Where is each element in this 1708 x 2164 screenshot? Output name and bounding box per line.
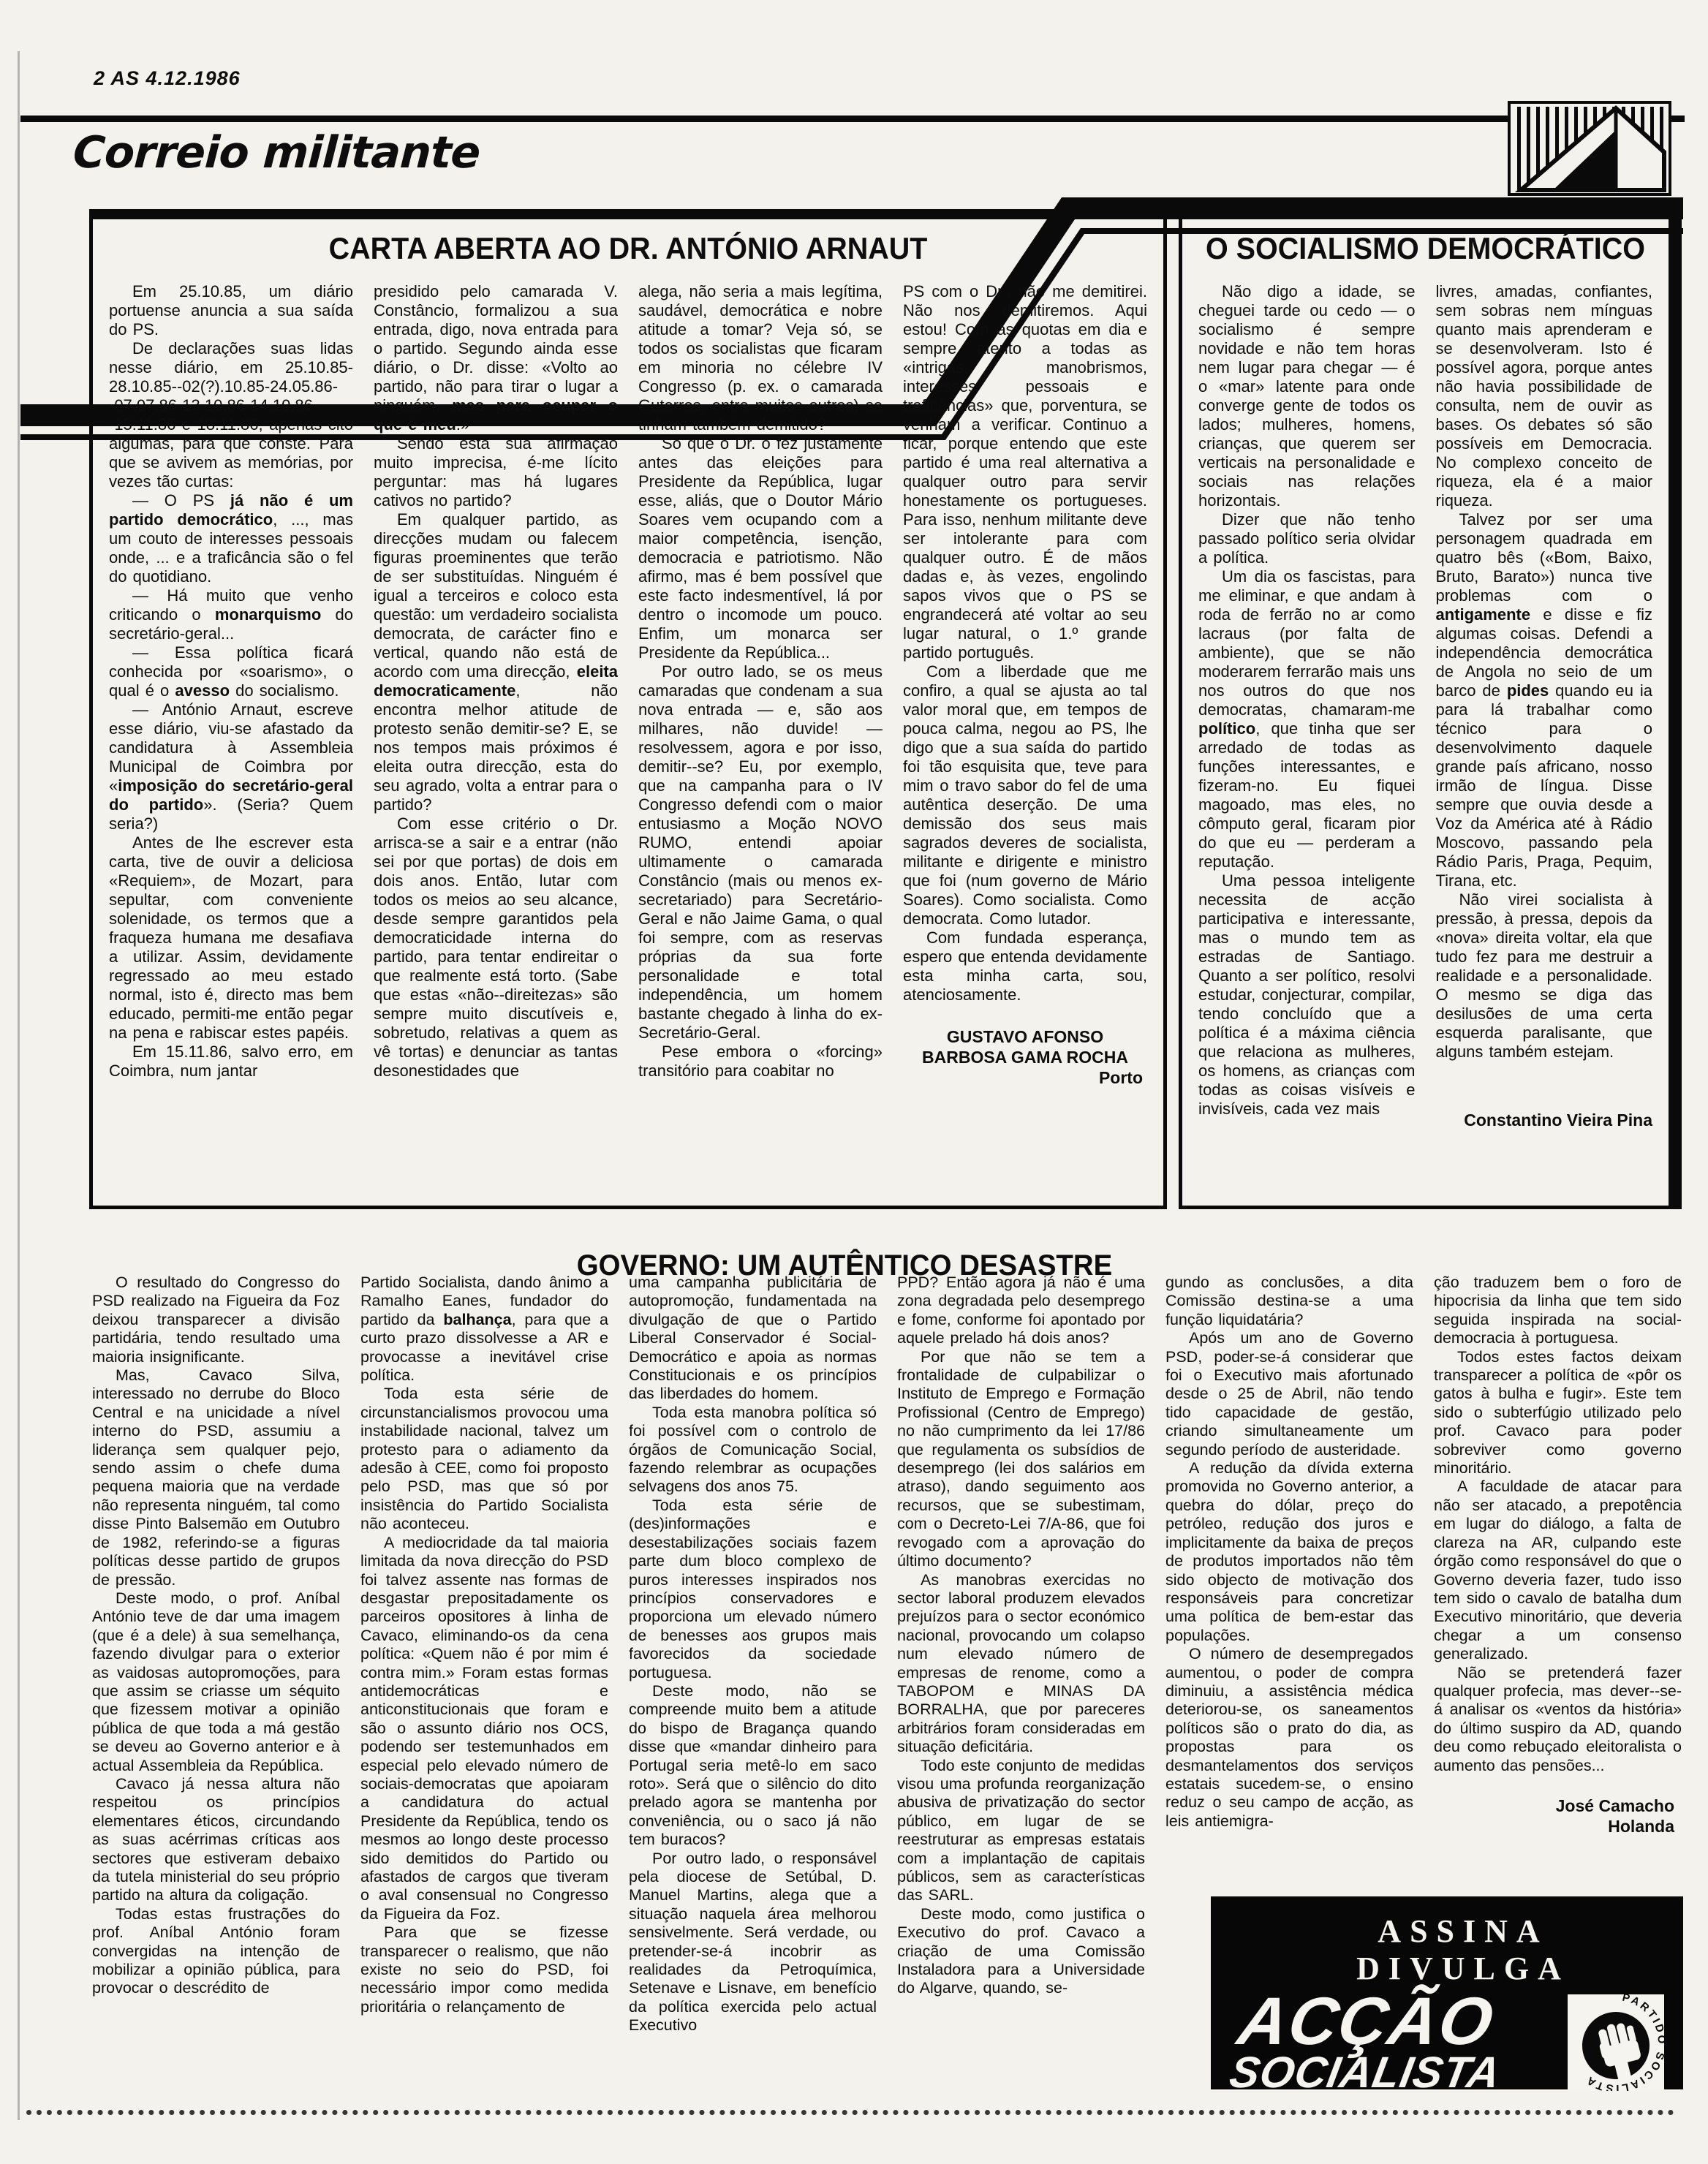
article-column: alega, não seria a mais legítima, saudáv… bbox=[638, 282, 883, 1199]
ad-title: ACÇÃO SOCIALISTA bbox=[1226, 1990, 1572, 2095]
ad-title-line2: SOCIALISTA bbox=[1226, 2051, 1562, 2095]
paragraph: Dizer que não tenho passado político ser… bbox=[1198, 510, 1416, 567]
paragraph: livres, amadas, confiantes, sem sobras n… bbox=[1436, 282, 1653, 510]
column-text: ção traduzem bem o foro de hipocrisia da… bbox=[1434, 1274, 1682, 1775]
column-text: presidido pelo camarada V. Constâncio, f… bbox=[374, 282, 618, 1081]
paragraph: Todo este conjunto de medidas visou uma … bbox=[897, 1757, 1145, 1905]
tear-line bbox=[26, 2110, 1674, 2115]
column-text: Em 25.10.85, um diário portuense anuncia… bbox=[109, 282, 353, 1081]
paragraph: O número de desempregados aumentou, o po… bbox=[1165, 1645, 1413, 1831]
signature: Constantino Vieira Pina bbox=[1436, 1110, 1653, 1130]
signature-name: Constantino Vieira Pina bbox=[1436, 1110, 1653, 1130]
paragraph: Para que se fizesse transparecer o reali… bbox=[360, 1923, 608, 2016]
paragraph: Partido Socialista, dando ânimo a Ramalh… bbox=[360, 1274, 608, 1385]
paragraph: alega, não seria a mais legítima, saudáv… bbox=[638, 282, 883, 434]
paragraph: Mas, Cavaco Silva, interessado no derrub… bbox=[92, 1366, 340, 1589]
ad-title-line1: ACÇÃO bbox=[1233, 1990, 1572, 2054]
paragraph: Em 15.11.86, salvo erro, em Coimbra, num… bbox=[109, 1043, 353, 1081]
paragraph: Por outro lado, o responsável pela dioce… bbox=[629, 1850, 877, 2035]
paragraph: PPD? Então agora já não é uma zona degra… bbox=[897, 1274, 1145, 1348]
article-carta-aberta: CARTA ABERTA AO DR. ANTÓNIO ARNAUT Em 25… bbox=[89, 209, 1167, 1209]
paragraph: presidido pelo camarada V. Constâncio, f… bbox=[374, 282, 618, 434]
article-column: PPD? Então agora já não é uma zona degra… bbox=[897, 1274, 1145, 2146]
socialismo-headline: O SOCIALISMO DEMOCRÁTICO bbox=[1203, 231, 1647, 266]
signature-name: José Camacho bbox=[1434, 1796, 1674, 1816]
paragraph: Deste modo, não se compreende muito bem … bbox=[629, 1682, 877, 1850]
article-column: Em 25.10.85, um diário portuense anuncia… bbox=[109, 282, 353, 1199]
signature-name: GUSTAVO AFONSO BARBOSA GAMA ROCHA bbox=[903, 1026, 1147, 1067]
paragraph: Antes de lhe escrever esta carta, tive d… bbox=[109, 833, 353, 1043]
paragraph: Só que o Dr. o fez justamente antes das … bbox=[638, 434, 883, 662]
paragraph: Talvez por ser uma personagem quadrada e… bbox=[1436, 510, 1653, 890]
paragraph: A faculdade de atacar para não ser ataca… bbox=[1434, 1478, 1682, 1663]
newspaper-page: 2 AS 4.12.1986 Correio militante CARTA A… bbox=[0, 0, 1708, 2164]
paragraph: Toda esta série de circunstancialismos p… bbox=[360, 1385, 608, 1533]
paragraph: Com a liberdade que me confiro, a qual s… bbox=[903, 662, 1147, 928]
paragraph: — O PS já não é um partido democrático, … bbox=[109, 491, 353, 586]
paragraph: Por que não se tem a frontalidade de cul… bbox=[897, 1348, 1145, 1571]
article-socialismo-democratico: O SOCIALISMO DEMOCRÁTICO Não digo a idad… bbox=[1179, 209, 1682, 1209]
article-column: livres, amadas, confiantes, sem sobras n… bbox=[1436, 282, 1653, 1199]
paragraph: — António Arnaut, escreve esse diário, v… bbox=[109, 700, 353, 833]
column-text: uma campanha publicitária de autopromoçã… bbox=[629, 1274, 877, 2035]
column-text: PS com o Dr., não me demitirei. Não nos … bbox=[903, 282, 1147, 1005]
article-column: O resultado do Congresso do PSD realizad… bbox=[92, 1274, 340, 2146]
article-column: uma campanha publicitária de autopromoçã… bbox=[629, 1274, 877, 2146]
paragraph: Uma pessoa inteligente necessita de acçã… bbox=[1198, 871, 1416, 1119]
paragraph: Por outro lado, se os meus camaradas que… bbox=[638, 662, 883, 1043]
masthead-title: Correio militante bbox=[72, 129, 481, 177]
masthead-logo-icon bbox=[1508, 101, 1671, 196]
ad-kicker: ASSINA DIVULGA bbox=[1236, 1913, 1664, 1987]
paragraph: Toda esta manobra política só foi possív… bbox=[629, 1404, 877, 1497]
column-text: Partido Socialista, dando ânimo a Ramalh… bbox=[360, 1274, 608, 2016]
paragraph: O resultado do Congresso do PSD realizad… bbox=[92, 1274, 340, 1366]
carta-columns: Em 25.10.85, um diário portuense anuncia… bbox=[93, 270, 1163, 1199]
paragraph: Pese embora o «forcing» transitório para… bbox=[638, 1043, 883, 1081]
paragraph: Toda esta série de (des)informações e de… bbox=[629, 1497, 877, 1682]
paragraph: uma campanha publicitária de autopromoçã… bbox=[629, 1274, 877, 1404]
signature: GUSTAVO AFONSO BARBOSA GAMA ROCHA Porto bbox=[903, 1026, 1147, 1088]
column-text: livres, amadas, confiantes, sem sobras n… bbox=[1436, 282, 1653, 1062]
accao-socialista-ad: ASSINA DIVULGA ACÇÃO SOCIALISTA PARTIDO … bbox=[1211, 1896, 1683, 2089]
paragraph: Todos estes factos deixam transparecer a… bbox=[1434, 1348, 1682, 1478]
carta-headline: CARTA ABERTA AO DR. ANTÓNIO ARNAUT bbox=[132, 231, 1124, 266]
paragraph: — Há muito que venho criticando o monarq… bbox=[109, 586, 353, 643]
paragraph: Após um ano de Governo PSD, poder-se-á c… bbox=[1165, 1329, 1413, 1459]
socialismo-columns: Não digo a idade, se cheguei tarde ou ce… bbox=[1182, 270, 1669, 1199]
column-text: gundo as conclusões, a dita Comissão des… bbox=[1165, 1274, 1413, 1831]
paragraph: PS com o Dr., não me demitirei. Não nos … bbox=[903, 282, 1147, 662]
column-text: alega, não seria a mais legítima, saudáv… bbox=[638, 282, 883, 1081]
paragraph: A redução da dívida externa promovida no… bbox=[1165, 1459, 1413, 1645]
paragraph: Deste modo, o prof. Aníbal António teve … bbox=[92, 1589, 340, 1775]
paragraph: — Essa política ficará conhecida por «so… bbox=[109, 643, 353, 700]
paragraph: Cavaco já nessa altura não respeitou os … bbox=[92, 1775, 340, 1905]
column-text: PPD? Então agora já não é uma zona degra… bbox=[897, 1274, 1145, 1998]
paragraph: De declarações suas lidas nesse diário, … bbox=[109, 339, 353, 491]
article-column: presidido pelo camarada V. Constâncio, f… bbox=[374, 282, 618, 1199]
column-text: O resultado do Congresso do PSD realizad… bbox=[92, 1274, 340, 1998]
paragraph: Deste modo, como justifica o Executivo d… bbox=[897, 1905, 1145, 1998]
paragraph: As manobras exercidas no sector laboral … bbox=[897, 1571, 1145, 1757]
article-column: Não digo a idade, se cheguei tarde ou ce… bbox=[1198, 282, 1416, 1199]
paragraph: A mediocridade da tal maioria limitada d… bbox=[360, 1534, 608, 1924]
paragraph: Não se pretenderá fazer qualquer profeci… bbox=[1434, 1664, 1682, 1775]
socialist-fist-logo-icon: PARTIDO SOCIALISTA bbox=[1568, 1994, 1664, 2091]
signature-place: Holanda bbox=[1434, 1816, 1674, 1836]
paragraph: Com fundada esperança, espero que entend… bbox=[903, 928, 1147, 1005]
paragraph: ção traduzem bem o foro de hipocrisia da… bbox=[1434, 1274, 1682, 1348]
signature-place: Porto bbox=[903, 1067, 1147, 1088]
article-column: PS com o Dr., não me demitirei. Não nos … bbox=[903, 282, 1147, 1199]
signature: José Camacho Holanda bbox=[1434, 1796, 1682, 1836]
paragraph: Em 25.10.85, um diário portuense anuncia… bbox=[109, 282, 353, 339]
article-column: Partido Socialista, dando ânimo a Ramalh… bbox=[360, 1274, 608, 2146]
paragraph: Com esse critério o Dr. arrisca-se a sai… bbox=[374, 814, 618, 1081]
paragraph: Sendo esta sua afirmação muito imprecisa… bbox=[374, 434, 618, 510]
paragraph: Todas estas frustrações do prof. Aníbal … bbox=[92, 1905, 340, 1998]
paragraph: Um dia os fascistas, para me eliminar, e… bbox=[1198, 567, 1416, 871]
paragraph: Não digo a idade, se cheguei tarde ou ce… bbox=[1198, 282, 1416, 510]
paragraph: Em qualquer partido, as direcções mudam … bbox=[374, 510, 618, 814]
paragraph: gundo as conclusões, a dita Comissão des… bbox=[1165, 1274, 1413, 1329]
column-text: Não digo a idade, se cheguei tarde ou ce… bbox=[1198, 282, 1416, 1119]
paragraph: Não virei socialista à pressão, à pressa… bbox=[1436, 890, 1653, 1062]
